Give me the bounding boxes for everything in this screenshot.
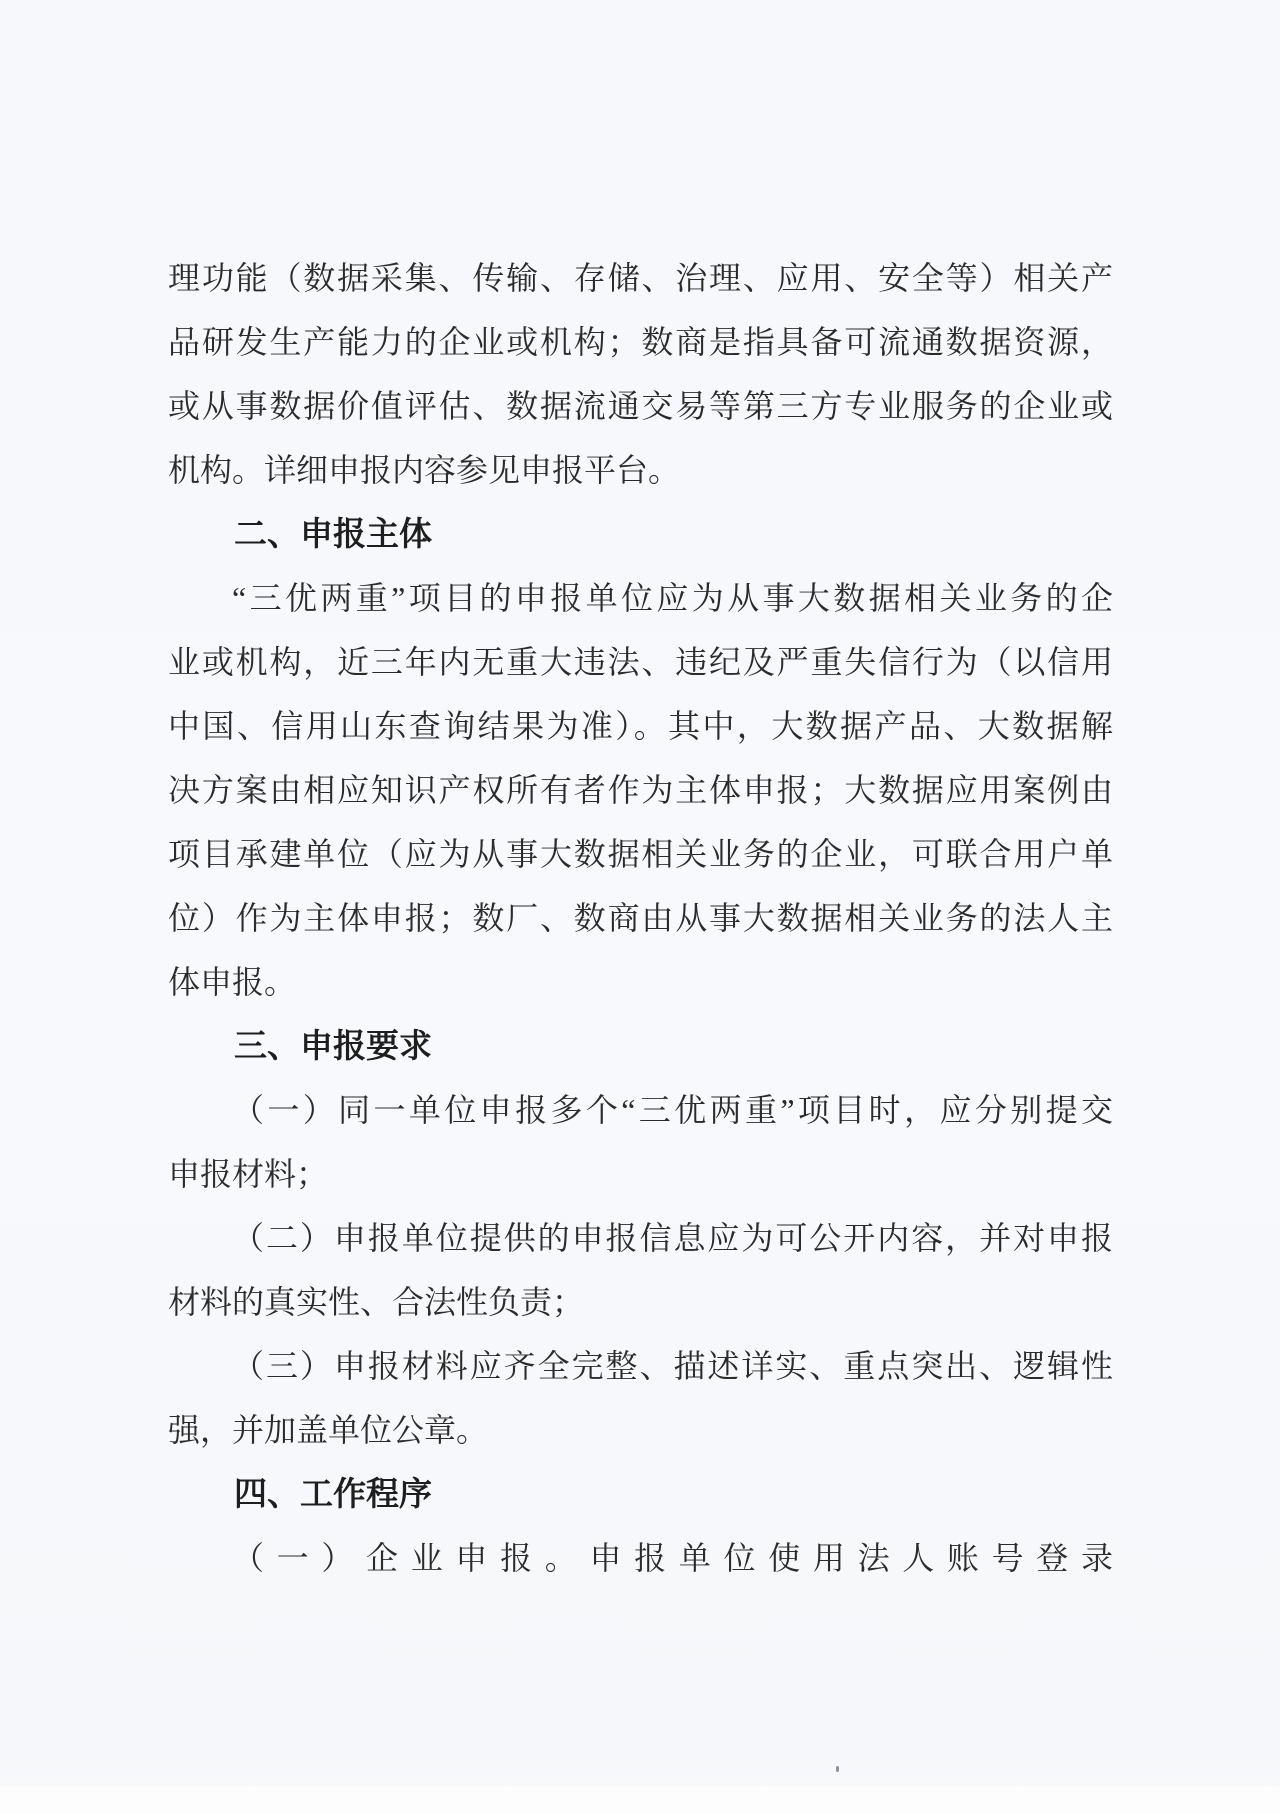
- body-line: 申报材料；: [168, 1142, 1113, 1206]
- body-line: “三优两重”项目的申报单位应为从事大数据相关业务的企: [168, 566, 1113, 630]
- document-page: 理功能（数据采集、传输、存储、治理、应用、安全等）相关产 品研发生产能力的企业或…: [0, 0, 1280, 1813]
- body-line: 中国、信用山东查询结果为准）。其中，大数据产品、大数据解: [168, 694, 1113, 758]
- body-line: 理功能（数据采集、传输、存储、治理、应用、安全等）相关产: [168, 246, 1113, 310]
- body-line: 决方案由相应知识产权所有者作为主体申报；大数据应用案例由: [168, 758, 1113, 822]
- body-line: 机构。详细申报内容参见申报平台。: [168, 438, 1113, 502]
- body-line: 品研发生产能力的企业或机构；数商是指具备可流通数据资源，: [168, 310, 1113, 374]
- section-heading-4: 四、工作程序: [168, 1462, 1113, 1526]
- scan-bottom-edge: [0, 1787, 1280, 1813]
- body-line: 材料的真实性、合法性负责；: [168, 1270, 1113, 1334]
- section-heading-2: 二、申报主体: [168, 502, 1113, 566]
- document-body: 理功能（数据采集、传输、存储、治理、应用、安全等）相关产 品研发生产能力的企业或…: [168, 246, 1113, 1590]
- section-heading-3: 三、申报要求: [168, 1014, 1113, 1078]
- body-line: 位）作为主体申报；数厂、数商由从事大数据相关业务的法人主: [168, 886, 1113, 950]
- body-line: 强，并加盖单位公章。: [168, 1398, 1113, 1462]
- body-line: （三）申报材料应齐全完整、描述详实、重点突出、逻辑性: [168, 1334, 1113, 1398]
- body-line: （二）申报单位提供的申报信息应为可公开内容，并对申报: [168, 1206, 1113, 1270]
- scan-speck: [836, 1766, 839, 1772]
- body-line: 体申报。: [168, 950, 1113, 1014]
- body-line: （一）企业申报。申报单位使用法人账号登录: [168, 1526, 1113, 1590]
- body-line: 或从事数据价值评估、数据流通交易等第三方专业服务的企业或: [168, 374, 1113, 438]
- body-line: （一）同一单位申报多个“三优两重”项目时，应分别提交: [168, 1078, 1113, 1142]
- body-line: 项目承建单位（应为从事大数据相关业务的企业，可联合用户单: [168, 822, 1113, 886]
- body-line: 业或机构，近三年内无重大违法、违纪及严重失信行为（以信用: [168, 630, 1113, 694]
